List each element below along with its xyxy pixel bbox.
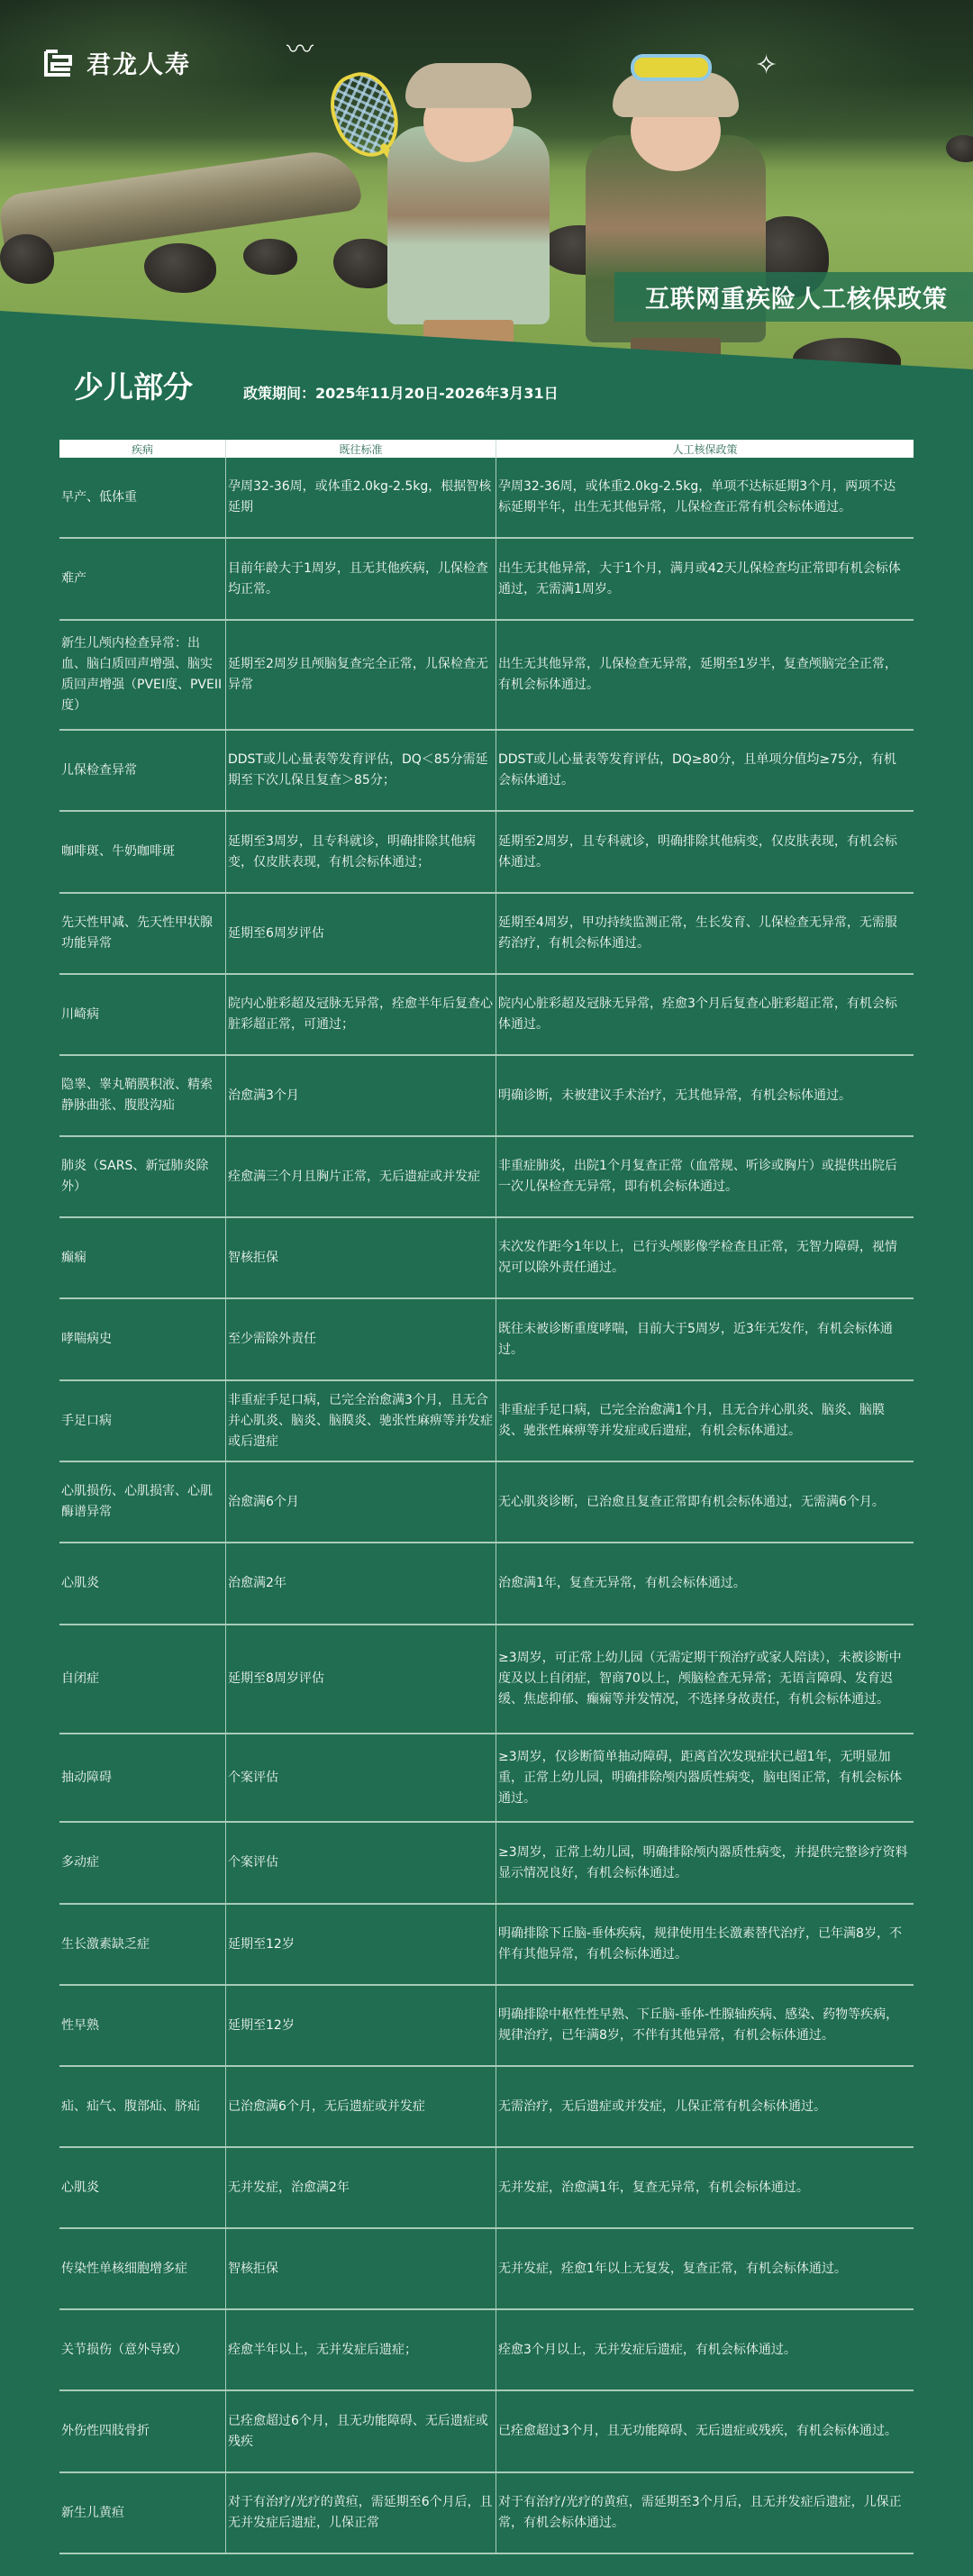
manual-policy-cell-text: 已痊愈超过3个月，且无功能障碍、无后遗症或残疾，有机会标体通过。 [498, 2421, 897, 2442]
disease-cell-text: 癫痫 [61, 1248, 86, 1269]
disease-cell: 隐睾、睾丸鞘膜积液、精索静脉曲张、腹股沟疝 [59, 1056, 226, 1135]
previous-standard-cell-text: 个案评估 [228, 1852, 278, 1873]
disease-cell: 肺炎（SARS、新冠肺炎除外） [59, 1137, 226, 1216]
splash-doodle-icon: ✧ [755, 50, 777, 81]
table-row: 新生儿颅内检查异常：出血、脑白质回声增强、脑实质回声增强（PVEI度、PVEII… [59, 621, 914, 731]
disease-cell-text: 先天性甲减、先天性甲状腺功能异常 [61, 913, 223, 954]
manual-policy-cell-text: ≥3周岁，正常上幼儿园，明确排除颅内器质性病变，并提供完整诊疗资料显示情况良好，… [498, 1843, 908, 1884]
disease-cell: 川崎病 [59, 975, 226, 1054]
disease-cell-text: 关节损伤（意外导致） [61, 2340, 187, 2361]
table-row: 抽动障碍个案评估≥3周岁，仅诊断简单抽动障碍，距离首次发现症状已超1年，无明显加… [59, 1734, 914, 1823]
disease-cell: 哮喘病史 [59, 1299, 226, 1379]
previous-standard-cell: 治愈满6个月 [226, 1462, 496, 1542]
manual-policy-cell: DDST或儿心量表等发育评估，DQ≥80分，且单项分值均≥75分，有机会标体通过… [496, 731, 914, 810]
disease-cell-text: 传染性单核细胞增多症 [61, 2259, 187, 2280]
policy-period: 政策期间：2025年11月20日-2026年3月31日 [243, 382, 559, 403]
previous-standard-cell: 延期至12岁 [226, 1986, 496, 2065]
disease-cell-text: 疝、疝气、腹部疝、脐疝 [61, 2097, 200, 2117]
policy-title-banner: 互联网重疾险人工核保政策 [614, 272, 973, 322]
disease-cell-text: 手足口病 [61, 1411, 112, 1432]
table-body: 早产、低体重孕周32-36周，或体重2.0kg-2.5kg，根据智核延期孕周32… [59, 458, 914, 2554]
child-left-hat [405, 63, 532, 108]
table-row: 儿保检查异常DDST或儿心量表等发育评估，DQ＜85分需延期至下次儿保且复查＞8… [59, 731, 914, 812]
table-row: 川崎病院内心脏彩超及冠脉无异常，痊愈半年后复查心脏彩超正常，可通过；院内心脏彩超… [59, 975, 914, 1056]
table-row: 传染性单核细胞增多症智核拒保无并发症，痊愈1年以上无复发，复查正常，有机会标体通… [59, 2229, 914, 2310]
manual-policy-cell-text: 延期至4周岁，甲功持续监测正常，生长发育、儿保检查无异常，无需服药治疗，有机会标… [498, 913, 908, 954]
manual-policy-cell-text: 痊愈3个月以上，无并发症后遗症，有机会标体通过。 [498, 2340, 796, 2361]
manual-policy-cell-text: 明确排除中枢性性早熟、下丘脑-垂体-性腺轴疾病、感染、药物等疾病，规律治疗，已年… [498, 2005, 908, 2046]
table-row: 早产、低体重孕周32-36周，或体重2.0kg-2.5kg，根据智核延期孕周32… [59, 458, 914, 539]
underwriting-table: 疾病 既往标准 人工核保政策 早产、低体重孕周32-36周，或体重2.0kg-2… [59, 440, 914, 2554]
disease-cell: 早产、低体重 [59, 458, 226, 537]
disease-cell-text: 难产 [61, 569, 86, 589]
disease-cell-text: 心肌炎 [61, 2178, 99, 2198]
previous-standard-cell-text: 至少需除外责任 [228, 1329, 316, 1350]
disease-cell: 自闭症 [59, 1625, 226, 1733]
previous-standard-cell: 孕周32-36周，或体重2.0kg-2.5kg，根据智核延期 [226, 458, 496, 537]
disease-cell-text: 肺炎（SARS、新冠肺炎除外） [61, 1156, 223, 1197]
disease-cell: 新生儿颅内检查异常：出血、脑白质回声增强、脑实质回声增强（PVEI度、PVEII… [59, 621, 226, 729]
table-row: 自闭症延期至8周岁评估≥3周岁，可正常上幼儿园（无需定期干预治疗或家人陪读），未… [59, 1625, 914, 1734]
banner-title: 互联网重疾险人工核保政策 [645, 279, 948, 314]
manual-policy-cell-text: 无并发症，治愈满1年，复查无异常，有机会标体通过。 [498, 2178, 809, 2198]
previous-standard-cell-text: 延期至12岁 [228, 2016, 295, 2036]
previous-standard-cell-text: 对于有治疗/光疗的黄疸，需延期至6个月后，且无并发症后遗症，儿保正常 [228, 2492, 494, 2534]
previous-standard-cell: 治愈满3个月 [226, 1056, 496, 1135]
previous-standard-cell: 已治愈满6个月，无后遗症或并发症 [226, 2067, 496, 2146]
table-row: 癫痫智核拒保末次发作距今1年以上，已行头颅影像学检查且正常，无智力障碍，视情况可… [59, 1218, 914, 1299]
disease-cell-text: 多动症 [61, 1852, 99, 1873]
table-row: 关节损伤（意外导致）痊愈半年以上，无并发症后遗症；痊愈3个月以上，无并发症后遗症… [59, 2310, 914, 2391]
manual-policy-cell: 明确排除中枢性性早熟、下丘脑-垂体-性腺轴疾病、感染、药物等疾病，规律治疗，已年… [496, 1986, 914, 2065]
manual-policy-cell: ≥3周岁，仅诊断简单抽动障碍，距离首次发现症状已超1年，无明显加重，正常上幼儿园… [496, 1734, 914, 1821]
manual-policy-cell-text: 无心肌炎诊断，已治愈且复查正常即有机会标体通过，无需满6个月。 [498, 1492, 885, 1513]
manual-policy-cell-text: 出生无其他异常，儿保检查无异常，延期至1岁半，复查颅脑完全正常，有机会标体通过。 [498, 654, 908, 696]
manual-policy-cell: 延期至4周岁，甲功持续监测正常，生长发育、儿保检查无异常，无需服药治疗，有机会标… [496, 894, 914, 973]
manual-policy-cell: 明确排除下丘脑-垂体疾病，规律使用生长激素替代治疗，已年满8岁，不伴有其他异常，… [496, 1905, 914, 1984]
previous-standard-cell-text: 院内心脏彩超及冠脉无异常，痊愈半年后复查心脏彩超正常，可通过； [228, 994, 494, 1035]
column-header-manual-policy: 人工核保政策 [496, 440, 914, 458]
table-row: 咖啡斑、牛奶咖啡斑延期至3周岁，且专科就诊，明确排除其他病变，仅皮肤表现，有机会… [59, 812, 914, 894]
disease-cell-text: 抽动障碍 [61, 1768, 112, 1789]
table-row: 手足口病非重症手足口病，已完全治愈满3个月，且无合并心肌炎、脑炎、脑膜炎、驰张性… [59, 1381, 914, 1462]
manual-policy-cell: 出生无其他异常，儿保检查无异常，延期至1岁半，复查颅脑完全正常，有机会标体通过。 [496, 621, 914, 729]
manual-policy-cell-text: 非重症手足口病，已完全治愈满1个月，且无合并心肌炎、脑炎、脑膜炎、驰张性麻痹等并… [498, 1400, 908, 1442]
table-row: 生长激素缺乏症延期至12岁明确排除下丘脑-垂体疾病，规律使用生长激素替代治疗，已… [59, 1905, 914, 1986]
previous-standard-cell-text: 目前年龄大于1周岁，且无其他疾病，儿保检查均正常。 [228, 559, 494, 600]
disease-cell-text: 咖啡斑、牛奶咖啡斑 [61, 842, 175, 862]
table-row: 隐睾、睾丸鞘膜积液、精索静脉曲张、腹股沟疝治愈满3个月明确诊断，未被建议手术治疗… [59, 1056, 914, 1137]
manual-policy-cell-text: 明确排除下丘脑-垂体疾病，规律使用生长激素替代治疗，已年满8岁，不伴有其他异常，… [498, 1924, 908, 1965]
manual-policy-cell-text: 出生无其他异常，大于1个月，满月或42天儿保检查均正常即有机会标体通过，无需满1… [498, 559, 908, 600]
manual-policy-cell-text: 无并发症，痊愈1年以上无复发，复查正常，有机会标体通过。 [498, 2259, 847, 2280]
table-row: 新生儿黄疸对于有治疗/光疗的黄疸，需延期至6个月后，且无并发症后遗症，儿保正常对… [59, 2473, 914, 2554]
previous-standard-cell-text: DDST或儿心量表等发育评估，DQ＜85分需延期至下次儿保且复查＞85分； [228, 750, 494, 791]
disease-cell: 外伤性四肢骨折 [59, 2391, 226, 2471]
table-row: 哮喘病史至少需除外责任既往未被诊断重度哮喘，目前大于5周岁，近3年无发作，有机会… [59, 1299, 914, 1381]
brand-logo: 君龙人寿 [43, 45, 191, 80]
manual-policy-cell: 无并发症，治愈满1年，复查无异常，有机会标体通过。 [496, 2148, 914, 2227]
manual-policy-cell: ≥3周岁，可正常上幼儿园（无需定期干预治疗或家人陪读），未被诊断中度及以上自闭症… [496, 1625, 914, 1733]
manual-policy-cell: ≥3周岁，正常上幼儿园，明确排除颅内器质性病变，并提供完整诊疗资料显示情况良好，… [496, 1823, 914, 1903]
manual-policy-cell: 孕周32-36周，或体重2.0kg-2.5kg，单项不达标延期3个月，两项不达标… [496, 458, 914, 537]
previous-standard-cell-text: 个案评估 [228, 1768, 278, 1789]
table-row: 外伤性四肢骨折已痊愈超过6个月，且无功能障碍、无后遗症或残疾已痊愈超过3个月，且… [59, 2391, 914, 2473]
previous-standard-cell-text: 孕周32-36周，或体重2.0kg-2.5kg，根据智核延期 [228, 477, 494, 518]
previous-standard-cell-text: 延期至8周岁评估 [228, 1669, 324, 1689]
manual-policy-cell: 明确诊断，未被建议手术治疗，无其他异常，有机会标体通过。 [496, 1056, 914, 1135]
disease-cell-text: 性早熟 [61, 2016, 99, 2036]
previous-standard-cell: 延期至2周岁且颅脑复查完全正常，儿保检查无异常 [226, 621, 496, 729]
disease-cell: 传染性单核细胞增多症 [59, 2229, 226, 2308]
table-row: 心肌损伤、心肌损害、心肌酶谱异常治愈满6个月无心肌炎诊断，已治愈且复查正常即有机… [59, 1462, 914, 1543]
table-row: 肺炎（SARS、新冠肺炎除外）痊愈满三个月且胸片正常，无后遗症或并发症非重症肺炎… [59, 1137, 914, 1218]
disease-cell: 手足口病 [59, 1381, 226, 1461]
previous-standard-cell: DDST或儿心量表等发育评估，DQ＜85分需延期至下次儿保且复查＞85分； [226, 731, 496, 810]
manual-policy-cell: 治愈满1年，复查无异常，有机会标体通过。 [496, 1543, 914, 1624]
disease-cell: 咖啡斑、牛奶咖啡斑 [59, 812, 226, 892]
previous-standard-cell-text: 已治愈满6个月，无后遗症或并发症 [228, 2097, 425, 2117]
previous-standard-cell-text: 智核拒保 [228, 2259, 278, 2280]
manual-policy-cell-text: 延期至2周岁，且专科就诊，明确排除其他病变，仅皮肤表现，有机会标体通过。 [498, 832, 908, 873]
disease-cell-text: 生长激素缺乏症 [61, 1934, 150, 1955]
manual-policy-cell-text: ≥3周岁，仅诊断简单抽动障碍，距离首次发现症状已超1年，无明显加重，正常上幼儿园… [498, 1747, 908, 1809]
previous-standard-cell-text: 已痊愈超过6个月，且无功能障碍、无后遗症或残疾 [228, 2411, 494, 2453]
manual-policy-cell: 无需治疗，无后遗症或并发症，儿保正常有机会标体通过。 [496, 2067, 914, 2146]
previous-standard-cell: 对于有治疗/光疗的黄疸，需延期至6个月后，且无并发症后遗症，儿保正常 [226, 2473, 496, 2553]
disease-cell-text: 哮喘病史 [61, 1329, 112, 1350]
disease-cell: 多动症 [59, 1823, 226, 1903]
manual-policy-cell-text: 末次发作距今1年以上，已行头颅影像学检查且正常，无智力障碍，视情况可以除外责任通… [498, 1237, 908, 1279]
disease-cell: 心肌炎 [59, 1543, 226, 1624]
previous-standard-cell-text: 延期至12岁 [228, 1934, 295, 1955]
previous-standard-cell: 个案评估 [226, 1734, 496, 1821]
brand-name: 君龙人寿 [86, 45, 191, 80]
previous-standard-cell: 智核拒保 [226, 2229, 496, 2308]
disease-cell-text: 川崎病 [61, 1005, 99, 1025]
previous-standard-cell: 院内心脏彩超及冠脉无异常，痊愈半年后复查心脏彩超正常，可通过； [226, 975, 496, 1054]
rock [0, 234, 54, 284]
previous-standard-cell: 无并发症，治愈满2年 [226, 2148, 496, 2227]
driftwood-log [0, 147, 363, 259]
table-row: 心肌炎治愈满2年治愈满1年，复查无异常，有机会标体通过。 [59, 1543, 914, 1625]
previous-standard-cell: 至少需除外责任 [226, 1299, 496, 1379]
disease-cell: 难产 [59, 539, 226, 619]
disease-cell: 癫痫 [59, 1218, 226, 1297]
previous-standard-cell: 智核拒保 [226, 1218, 496, 1297]
previous-standard-cell: 已痊愈超过6个月，且无功能障碍、无后遗症或残疾 [226, 2391, 496, 2471]
column-header-disease: 疾病 [59, 440, 226, 458]
previous-standard-cell: 延期至3周岁，且专科就诊，明确排除其他病变，仅皮肤表现，有机会标体通过； [226, 812, 496, 892]
previous-standard-cell-text: 痊愈满三个月且胸片正常，无后遗症或并发症 [228, 1167, 480, 1188]
splash-doodle-icon: 〰 [286, 27, 314, 67]
manual-policy-cell-text: 明确诊断，未被建议手术治疗，无其他异常，有机会标体通过。 [498, 1086, 851, 1106]
manual-policy-cell-text: DDST或儿心量表等发育评估，DQ≥80分，且单项分值均≥75分，有机会标体通过… [498, 750, 908, 791]
disease-cell-text: 外伤性四肢骨折 [61, 2421, 150, 2442]
disease-cell: 心肌炎 [59, 2148, 226, 2227]
previous-standard-cell: 延期至6周岁评估 [226, 894, 496, 973]
manual-policy-cell: 对于有治疗/光疗的黄疸，需延期至3个月后，且无并发症后遗症，儿保正常，有机会标体… [496, 2473, 914, 2553]
manual-policy-cell-text: 院内心脏彩超及冠脉无异常，痊愈3个月后复查心脏彩超正常，有机会标体通过。 [498, 994, 908, 1035]
disease-cell-text: 自闭症 [61, 1669, 99, 1689]
previous-standard-cell: 痊愈半年以上，无并发症后遗症； [226, 2310, 496, 2389]
previous-standard-cell-text: 治愈满2年 [228, 1573, 286, 1594]
previous-standard-cell-text: 非重症手足口病，已完全治愈满3个月，且无合并心肌炎、脑炎、脑膜炎、驰张性麻痹等并… [228, 1390, 494, 1452]
goggles-doodle [631, 54, 712, 81]
table-row: 难产目前年龄大于1周岁，且无其他疾病，儿保检查均正常。出生无其他异常，大于1个月… [59, 539, 914, 621]
rock [243, 239, 297, 275]
table-row: 先天性甲减、先天性甲状腺功能异常延期至6周岁评估延期至4周岁，甲功持续监测正常，… [59, 894, 914, 975]
table-header: 疾病 既往标准 人工核保政策 [59, 440, 914, 458]
previous-standard-cell: 个案评估 [226, 1823, 496, 1903]
previous-standard-cell-text: 无并发症，治愈满2年 [228, 2178, 350, 2198]
disease-cell: 新生儿黄疸 [59, 2473, 226, 2553]
table-row: 多动症个案评估≥3周岁，正常上幼儿园，明确排除颅内器质性病变，并提供完整诊疗资料… [59, 1823, 914, 1905]
previous-standard-cell: 目前年龄大于1周岁，且无其他疾病，儿保检查均正常。 [226, 539, 496, 619]
manual-policy-cell-text: 非重症肺炎，出院1个月复查正常（血常规、听诊或胸片）或提供出院后一次儿保检查无异… [498, 1156, 908, 1197]
disease-cell-text: 新生儿颅内检查异常：出血、脑白质回声增强、脑实质回声增强（PVEI度、PVEII… [61, 633, 223, 716]
previous-standard-cell: 治愈满2年 [226, 1543, 496, 1624]
previous-standard-cell-text: 延期至2周岁且颅脑复查完全正常，儿保检查无异常 [228, 654, 494, 696]
previous-standard-cell: 延期至12岁 [226, 1905, 496, 1984]
table-row: 疝、疝气、腹部疝、脐疝已治愈满6个月，无后遗症或并发症无需治疗，无后遗症或并发症… [59, 2067, 914, 2148]
previous-standard-cell-text: 智核拒保 [228, 1248, 278, 1269]
disease-cell-text: 儿保检查异常 [61, 760, 137, 781]
previous-standard-cell-text: 延期至3周岁，且专科就诊，明确排除其他病变，仅皮肤表现，有机会标体通过； [228, 832, 494, 873]
manual-policy-cell-text: 既往未被诊断重度哮喘，目前大于5周岁，近3年无发作，有机会标体通过。 [498, 1319, 908, 1361]
disease-cell: 疝、疝气、腹部疝、脐疝 [59, 2067, 226, 2146]
disease-cell: 儿保检查异常 [59, 731, 226, 810]
manual-policy-cell: 非重症肺炎，出院1个月复查正常（血常规、听诊或胸片）或提供出院后一次儿保检查无异… [496, 1137, 914, 1216]
previous-standard-cell-text: 痊愈半年以上，无并发症后遗症； [228, 2340, 417, 2361]
disease-cell-text: 心肌损伤、心肌损害、心肌酶谱异常 [61, 1481, 223, 1523]
disease-cell: 生长激素缺乏症 [59, 1905, 226, 1984]
manual-policy-cell-text: 治愈满1年，复查无异常，有机会标体通过。 [498, 1573, 746, 1594]
previous-standard-cell-text: 治愈满3个月 [228, 1086, 299, 1106]
previous-standard-cell: 痊愈满三个月且胸片正常，无后遗症或并发症 [226, 1137, 496, 1216]
manual-policy-cell: 非重症手足口病，已完全治愈满1个月，且无合并心肌炎、脑炎、脑膜炎、驰张性麻痹等并… [496, 1381, 914, 1461]
section-title: 少儿部分 [74, 364, 193, 406]
disease-cell: 心肌损伤、心肌损害、心肌酶谱异常 [59, 1462, 226, 1542]
previous-standard-cell: 非重症手足口病，已完全治愈满3个月，且无合并心肌炎、脑炎、脑膜炎、驰张性麻痹等并… [226, 1381, 496, 1461]
disease-cell: 抽动障碍 [59, 1734, 226, 1821]
manual-policy-cell: 痊愈3个月以上，无并发症后遗症，有机会标体通过。 [496, 2310, 914, 2389]
table-row: 性早熟延期至12岁明确排除中枢性性早熟、下丘脑-垂体-性腺轴疾病、感染、药物等疾… [59, 1986, 914, 2067]
manual-policy-cell: 院内心脏彩超及冠脉无异常，痊愈3个月后复查心脏彩超正常，有机会标体通过。 [496, 975, 914, 1054]
rock [946, 135, 973, 162]
disease-cell: 关节损伤（意外导致） [59, 2310, 226, 2389]
manual-policy-cell: 无并发症，痊愈1年以上无复发，复查正常，有机会标体通过。 [496, 2229, 914, 2308]
rock [144, 243, 216, 293]
previous-standard-cell: 延期至8周岁评估 [226, 1625, 496, 1733]
disease-cell: 先天性甲减、先天性甲状腺功能异常 [59, 894, 226, 973]
manual-policy-cell: 无心肌炎诊断，已治愈且复查正常即有机会标体通过，无需满6个月。 [496, 1462, 914, 1542]
disease-cell-text: 心肌炎 [61, 1573, 99, 1594]
table-row: 心肌炎无并发症，治愈满2年无并发症，治愈满1年，复查无异常，有机会标体通过。 [59, 2148, 914, 2229]
disease-cell-text: 隐睾、睾丸鞘膜积液、精索静脉曲张、腹股沟疝 [61, 1075, 223, 1116]
manual-policy-cell-text: 对于有治疗/光疗的黄疸，需延期至3个月后，且无并发症后遗症，儿保正常，有机会标体… [498, 2492, 908, 2534]
junlong-logo-icon [43, 48, 74, 78]
manual-policy-cell: 既往未被诊断重度哮喘，目前大于5周岁，近3年无发作，有机会标体通过。 [496, 1299, 914, 1379]
column-header-previous-standard: 既往标准 [226, 440, 496, 458]
manual-policy-cell-text: 无需治疗，无后遗症或并发症，儿保正常有机会标体通过。 [498, 2097, 826, 2117]
manual-policy-cell-text: 孕周32-36周，或体重2.0kg-2.5kg，单项不达标延期3个月，两项不达标… [498, 477, 908, 518]
previous-standard-cell-text: 延期至6周岁评估 [228, 924, 324, 944]
disease-cell-text: 新生儿黄疸 [61, 2503, 124, 2524]
manual-policy-cell-text: ≥3周岁，可正常上幼儿园（无需定期干预治疗或家人陪读），未被诊断中度及以上自闭症… [498, 1648, 908, 1710]
previous-standard-cell-text: 治愈满6个月 [228, 1492, 299, 1513]
manual-policy-cell: 延期至2周岁，且专科就诊，明确排除其他病变，仅皮肤表现，有机会标体通过。 [496, 812, 914, 892]
disease-cell-text: 早产、低体重 [61, 487, 137, 508]
disease-cell: 性早熟 [59, 1986, 226, 2065]
manual-policy-cell: 末次发作距今1年以上，已行头颅影像学检查且正常，无智力障碍，视情况可以除外责任通… [496, 1218, 914, 1297]
manual-policy-cell: 已痊愈超过3个月，且无功能障碍、无后遗症或残疾，有机会标体通过。 [496, 2391, 914, 2471]
manual-policy-cell: 出生无其他异常，大于1个月，满月或42天儿保检查均正常即有机会标体通过，无需满1… [496, 539, 914, 619]
